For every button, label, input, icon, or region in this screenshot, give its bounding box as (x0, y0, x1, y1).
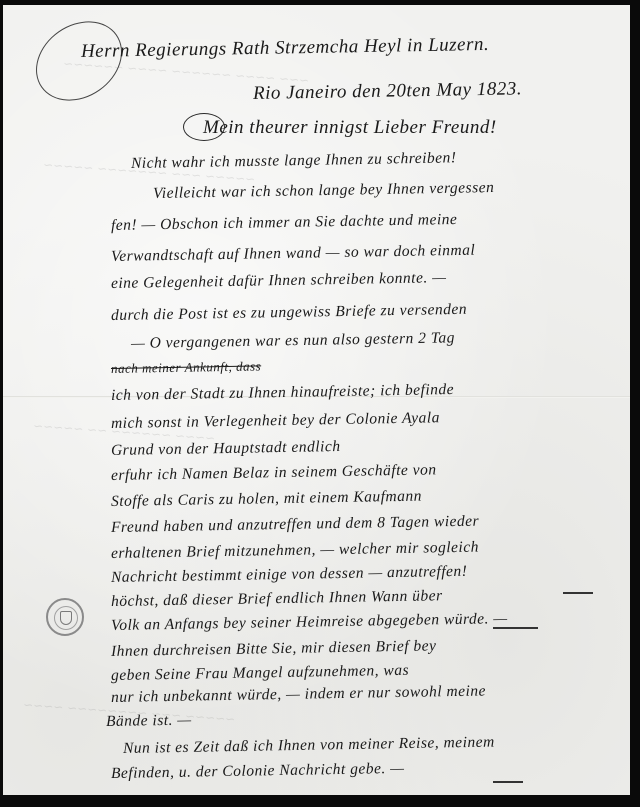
shield-icon (60, 611, 72, 625)
body-line: durch die Post ist es zu ungewiss Briefe… (111, 301, 467, 325)
body-line: Grund von der Hauptstadt endlich (111, 438, 341, 460)
date-line: Rio Janeiro den 20ten May 1823. (253, 78, 522, 105)
body-line: höchst, daß dieser Brief endlich Ihnen W… (111, 587, 443, 611)
body-line: mich sonst in Verlegenheit bey der Colon… (111, 409, 440, 433)
body-line: geben Seine Frau Mangel aufzunehmen, was (111, 662, 409, 685)
body-line: Freund haben und anzutreffen und dem 8 T… (111, 513, 479, 537)
body-line: ich von der Stadt zu Ihnen hinaufreiste;… (111, 381, 454, 405)
body-line: Verwandtschaft auf Ihnen wand — so war d… (111, 242, 476, 266)
address-line: Herrn Regierungs Rath Strzemcha Heyl in … (81, 34, 490, 63)
body-line: Ihnen durchreisen Bitte Sie, mir diesen … (111, 637, 437, 661)
line-dash (493, 627, 538, 629)
body-line: — O vergangenen war es nun also gestern … (131, 329, 455, 353)
body-line: Stoffe als Caris zu holen, mit einem Kau… (111, 488, 422, 511)
body-line: Volk an Anfangs bey seiner Heimreise abg… (111, 610, 508, 635)
body-line: eine Gelegenheit dafür Ihnen schreiben k… (111, 269, 447, 293)
body-line: Befinden, u. der Colonie Nachricht gebe.… (111, 760, 405, 783)
body-line: nur ich unbekannt würde, — indem er nur … (111, 682, 486, 707)
salutation: Mein theurer innigst Lieber Freund! (203, 117, 497, 139)
body-line-struck: nach meiner Ankunft, dass (111, 358, 261, 377)
line-dash (563, 592, 593, 594)
body-line: Nicht wahr ich musste lange Ihnen zu sch… (131, 149, 457, 173)
body-line: Bände ist. — (106, 712, 192, 731)
line-dash (493, 781, 523, 783)
body-line: fen! — Obschon ich immer an Sie dachte u… (111, 211, 458, 235)
archive-stamp (46, 598, 84, 636)
body-line: Nachricht bestimmt einige von dessen — a… (111, 563, 468, 587)
letter-page: ~~~ ~~~~ ~~~~~~ ~~~~ ~~~~~~ ~~~~~ ~~~ ~~… (3, 5, 630, 795)
body-line: Nun ist es Zeit daß ich Ihnen von meiner… (123, 734, 495, 758)
body-line: erfuhr ich Namen Belaz in seinem Geschäf… (111, 461, 437, 485)
body-line: erhaltenen Brief mitzunehmen, — welcher … (111, 539, 479, 563)
